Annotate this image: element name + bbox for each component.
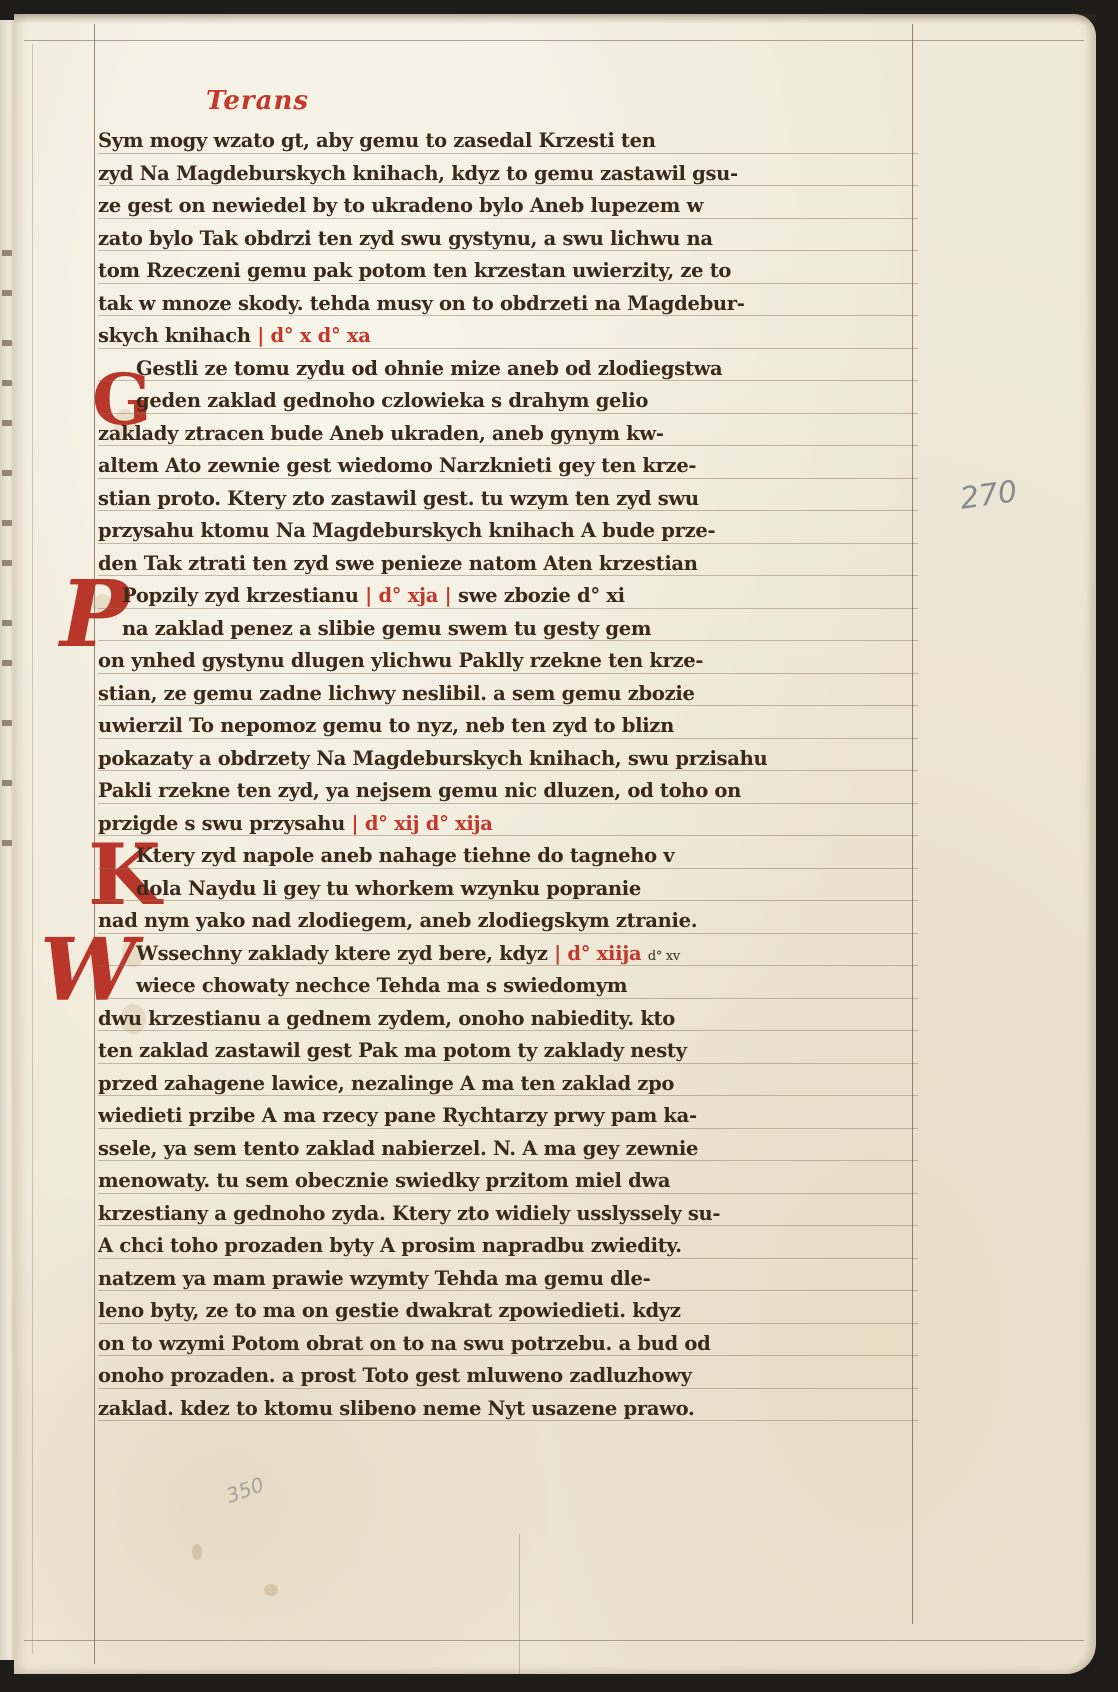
text-line: leno byty, ze to ma on gestie dwakrat zp… <box>98 1295 918 1328</box>
text-line: Ktery zyd napole aneb nahage tiehne do t… <box>98 840 918 873</box>
text-line: den Tak ztrati ten zyd swe penieze natom… <box>98 548 918 581</box>
stain <box>264 1584 278 1596</box>
page-crease <box>519 1534 520 1674</box>
text-line: ze gest on newiedel by to ukradeno bylo … <box>98 190 918 223</box>
text-line: wiedieti przibe A ma rzecy pane Rychtarz… <box>98 1100 918 1133</box>
text-line: pokazaty a obdrzety Na Magdeburskych kni… <box>98 743 918 776</box>
text-line: skych knihach | d° x d° xa <box>98 320 918 353</box>
top-rule <box>24 40 1084 41</box>
text-line: dwu krzestianu a gednem zydem, onoho nab… <box>98 1003 918 1036</box>
main-text-column: Sym mogy wzato gt, aby gemu to zasedal K… <box>98 125 918 1425</box>
text-line: ten zaklad zastawil gest Pak ma potom ty… <box>98 1035 918 1068</box>
rubric-reference: | d° xij d° xija <box>352 812 493 835</box>
text-line: ssele, ya sem tento zaklad nabierzel. N.… <box>98 1133 918 1166</box>
text-line: zaklad. kdez to ktomu slibeno neme Nyt u… <box>98 1393 918 1426</box>
text-line: Popzily zyd krzestianu | d° xja | swe zb… <box>98 580 918 613</box>
text-line: Wssechny zaklady ktere zyd bere, kdyz | … <box>98 938 918 971</box>
text-line: nad nym yako nad zlodiegem, aneb zlodieg… <box>98 905 918 938</box>
text-line: menowaty. tu sem obecznie swiedky przito… <box>98 1165 918 1198</box>
text-line: przysahu ktomu Na Magdeburskych knihach … <box>98 515 918 548</box>
text-line: zato bylo Tak obdrzi ten zyd swu gystynu… <box>98 223 918 256</box>
running-title: Terans <box>206 86 309 116</box>
text-line: przed zahagene lawice, nezalinge A ma te… <box>98 1068 918 1101</box>
outer-edge-rule <box>32 44 33 1654</box>
rubric-reference: | d° xiija <box>554 942 641 965</box>
stain <box>192 1544 202 1560</box>
rubric-reference: | d° x d° xa <box>257 324 370 347</box>
text-line: dola Naydu li gey tu whorkem wzynku popr… <box>98 873 918 906</box>
text-line: zaklady ztracen bude Aneb ukraden, aneb … <box>98 418 918 451</box>
text-line: on to wzymi Potom obrat on to na swu pot… <box>98 1328 918 1361</box>
text-line: na zaklad penez a slibie gemu swem tu ge… <box>98 613 918 646</box>
text-line: tom Rzeczeni gemu pak potom ten krzestan… <box>98 255 918 288</box>
text-line: Pakli rzekne ten zyd, ya nejsem gemu nic… <box>98 775 918 808</box>
text-line: altem Ato zewnie gest wiedomo Narzknieti… <box>98 450 918 483</box>
text-line: Gestli ze tomu zydu od ohnie mize aneb o… <box>98 353 918 386</box>
bottom-rule <box>24 1640 1084 1641</box>
text-line: przigde s swu przysahu | d° xij d° xija <box>98 808 918 841</box>
rubric-reference: | d° xja | <box>365 584 451 607</box>
text-line: geden zaklad gednoho czlowieka s drahym … <box>98 385 918 418</box>
text-line: Sym mogy wzato gt, aby gemu to zasedal K… <box>98 125 918 158</box>
text-line: uwierzil To nepomoz gemu to nyz, neb ten… <box>98 710 918 743</box>
text-line: tak w mnoze skody. tehda musy on to obdr… <box>98 288 918 321</box>
text-line: on ynhed gystynu dlugen ylichwu Paklly r… <box>98 645 918 678</box>
text-line: zyd Na Magdeburskych knihach, kdyz to ge… <box>98 158 918 191</box>
text-line: natzem ya mam prawie wzymty Tehda ma gem… <box>98 1263 918 1296</box>
text-line: A chci toho prozaden byty A prosim napra… <box>98 1230 918 1263</box>
text-line: stian proto. Ktery zto zastawil gest. tu… <box>98 483 918 516</box>
text-line: stian, ze gemu zadne lichwy neslibil. a … <box>98 678 918 711</box>
text-line: onoho prozaden. a prost Toto gest mluwen… <box>98 1360 918 1393</box>
text-line: wiece chowaty nechce Tehda ma s swiedomy… <box>98 970 918 1003</box>
text-line: krzestiany a gednoho zyda. Ktery zto wid… <box>98 1198 918 1231</box>
